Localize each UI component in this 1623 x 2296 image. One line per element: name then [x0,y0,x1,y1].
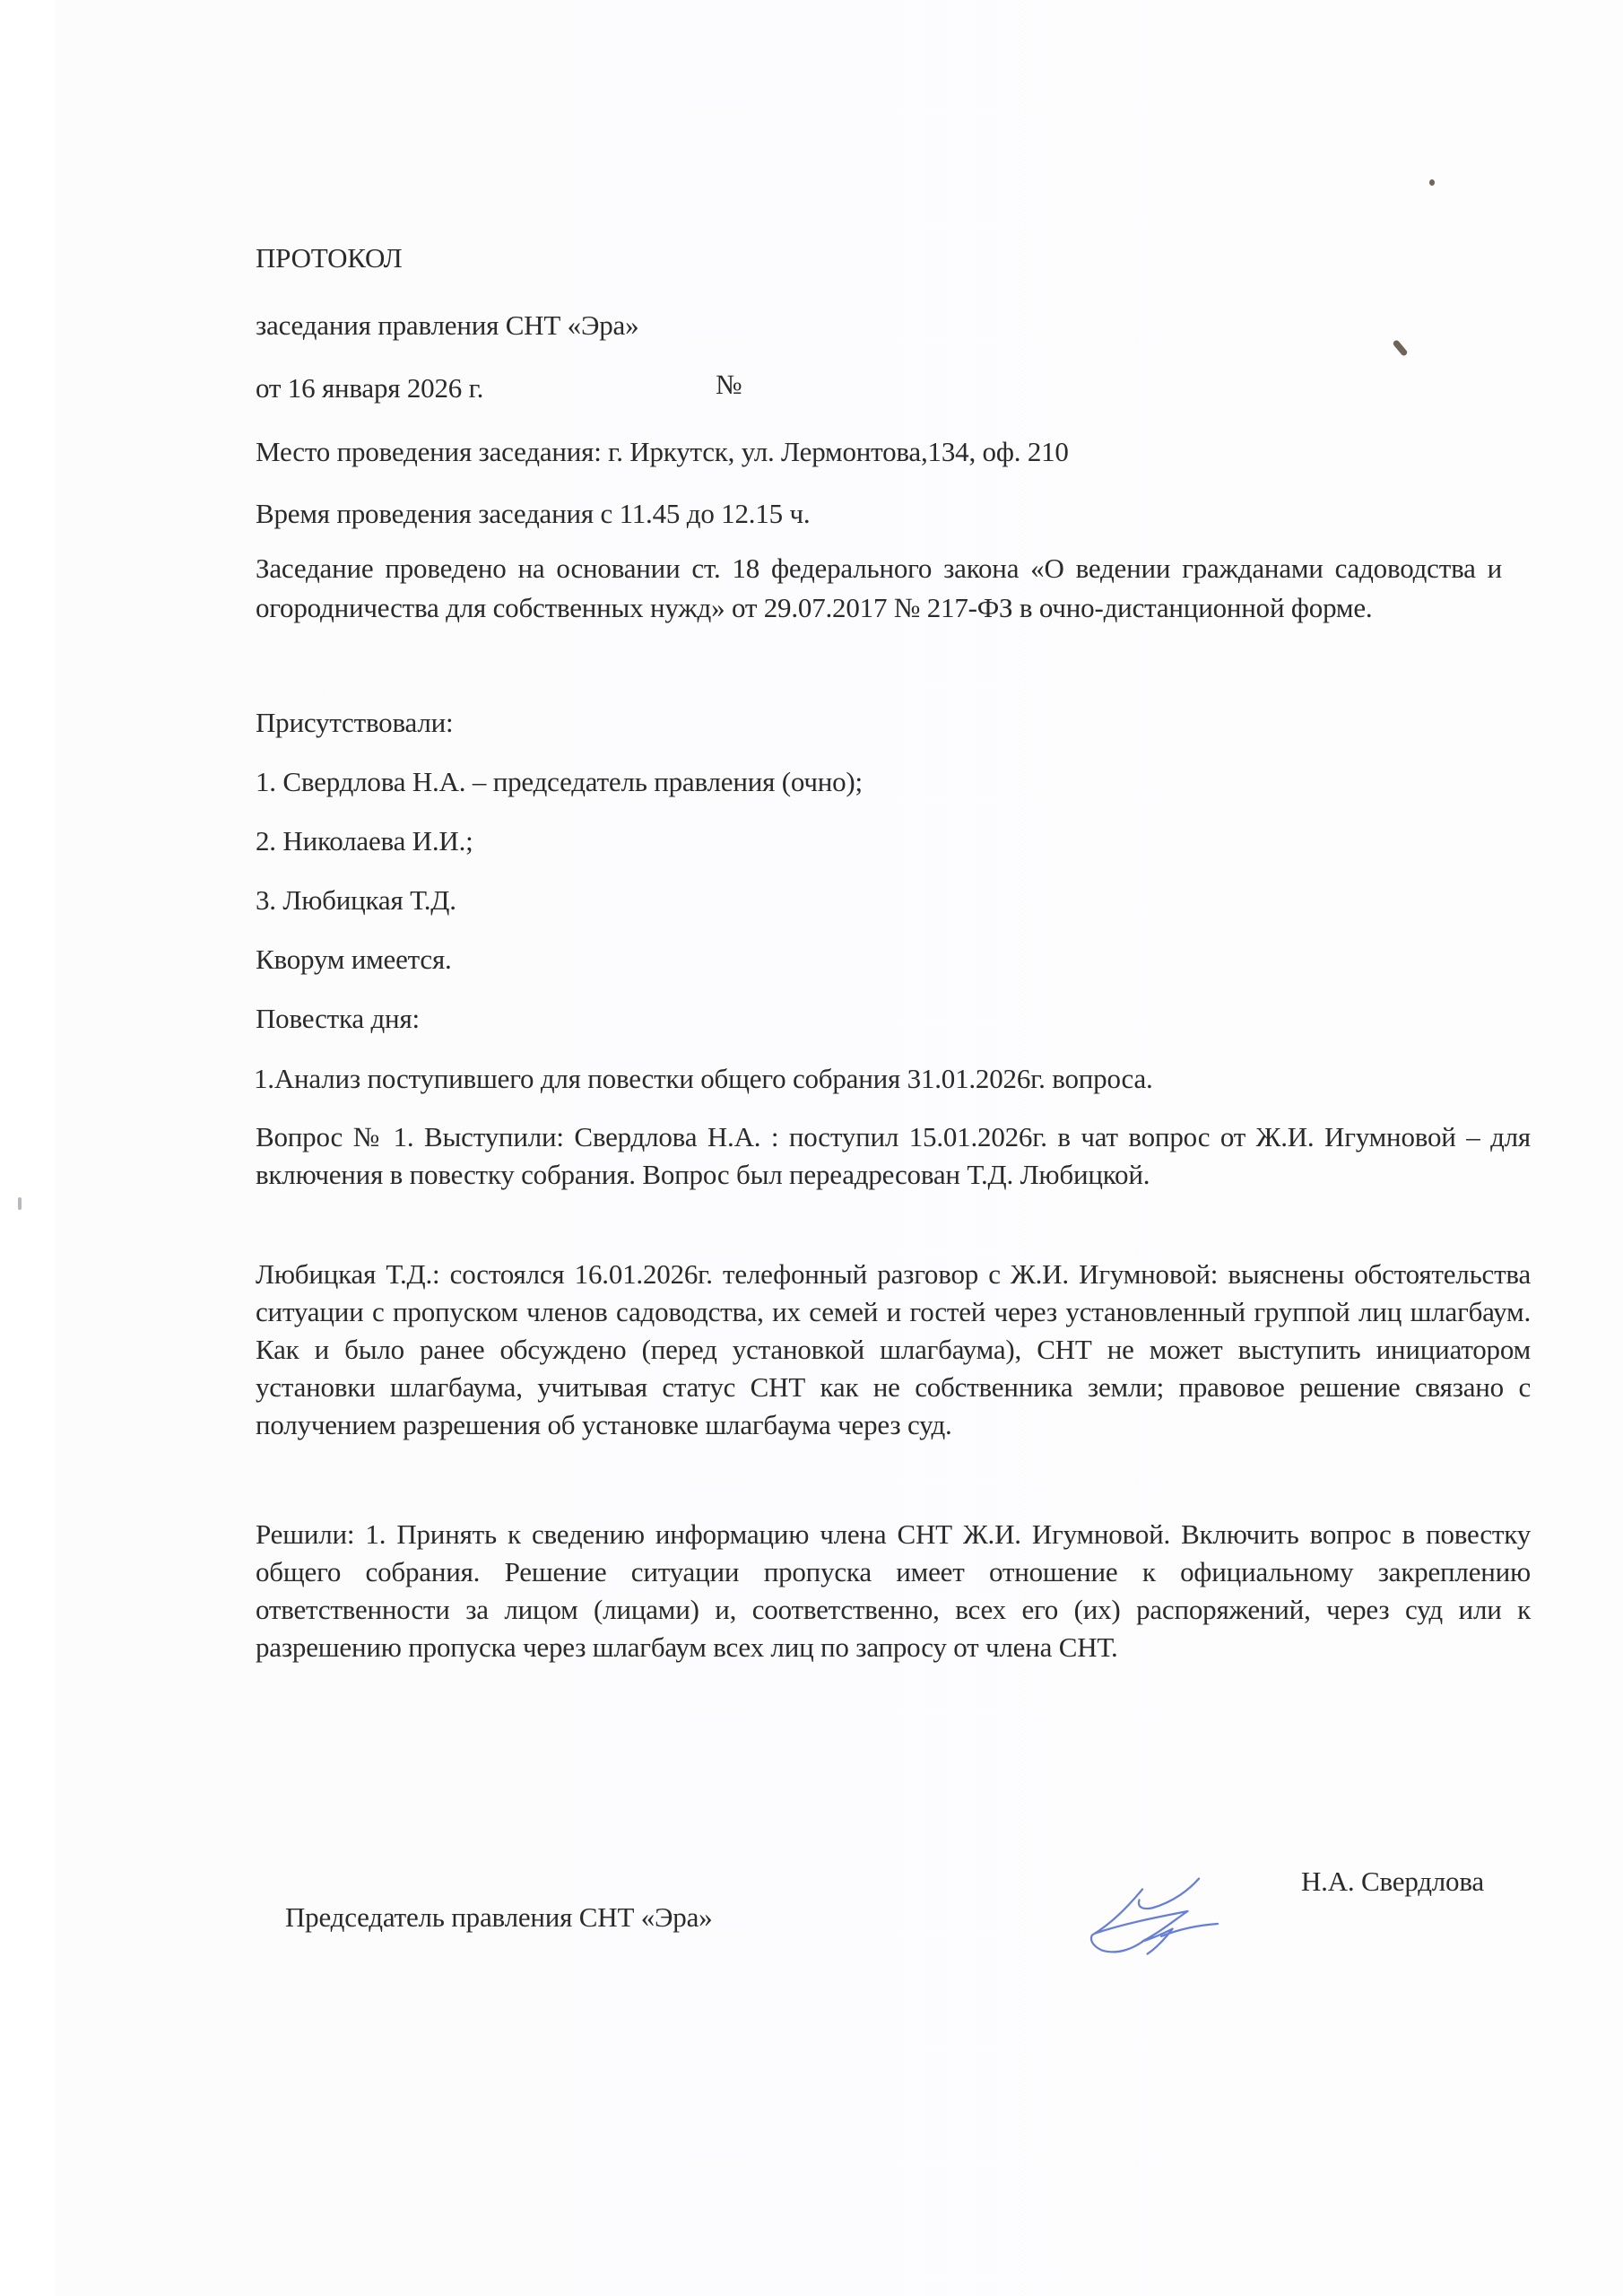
document-title: ПРОТОКОЛ [256,240,402,276]
decision-paragraph: Решили: 1. Принять к сведению информацию… [256,1516,1531,1666]
date-line: от 16 января 2026 г. [256,370,483,406]
attendees-label: Присутствовали: [256,705,453,741]
quorum-status: Кворум имеется. [256,942,452,978]
signatory-name: Н.А. Свердлова [1301,1864,1484,1900]
scan-speck [1392,339,1408,357]
question-1-paragraph: Вопрос № 1. Выступили: Свердлова Н.А. : … [256,1118,1531,1194]
meeting-basis: Заседание проведено на основании ст. 18 … [256,549,1502,628]
scanned-page: ПРОТОКОЛ заседания правления СНТ «Эра» о… [0,0,1623,2296]
handwritten-signature-icon [1063,1861,1260,1987]
scan-speck [1429,179,1435,186]
signatory-position: Председатель правления СНТ «Эра» [285,1900,712,1935]
agenda-label: Повестка дня: [256,1001,420,1037]
meeting-time: Время проведения заседания с 11.45 до 12… [256,496,810,532]
number-sign: № [716,367,742,403]
attendee-item: 3. Любицкая Т.Д. [256,883,456,918]
lubitskaya-statement: Любицкая Т.Д.: состоялся 16.01.2026г. те… [256,1256,1531,1444]
attendee-item: 1. Свердлова Н.А. – председатель правлен… [256,764,863,800]
scan-edge [0,0,56,2296]
meeting-place: Место проведения заседания: г. Иркутск, … [256,434,1069,470]
document-subtitle: заседания правления СНТ «Эра» [256,308,638,344]
scan-speck [18,1197,22,1210]
agenda-item: 1.Анализ поступившего для повестки общег… [254,1061,1153,1097]
attendee-item: 2. Николаева И.И.; [256,823,473,859]
